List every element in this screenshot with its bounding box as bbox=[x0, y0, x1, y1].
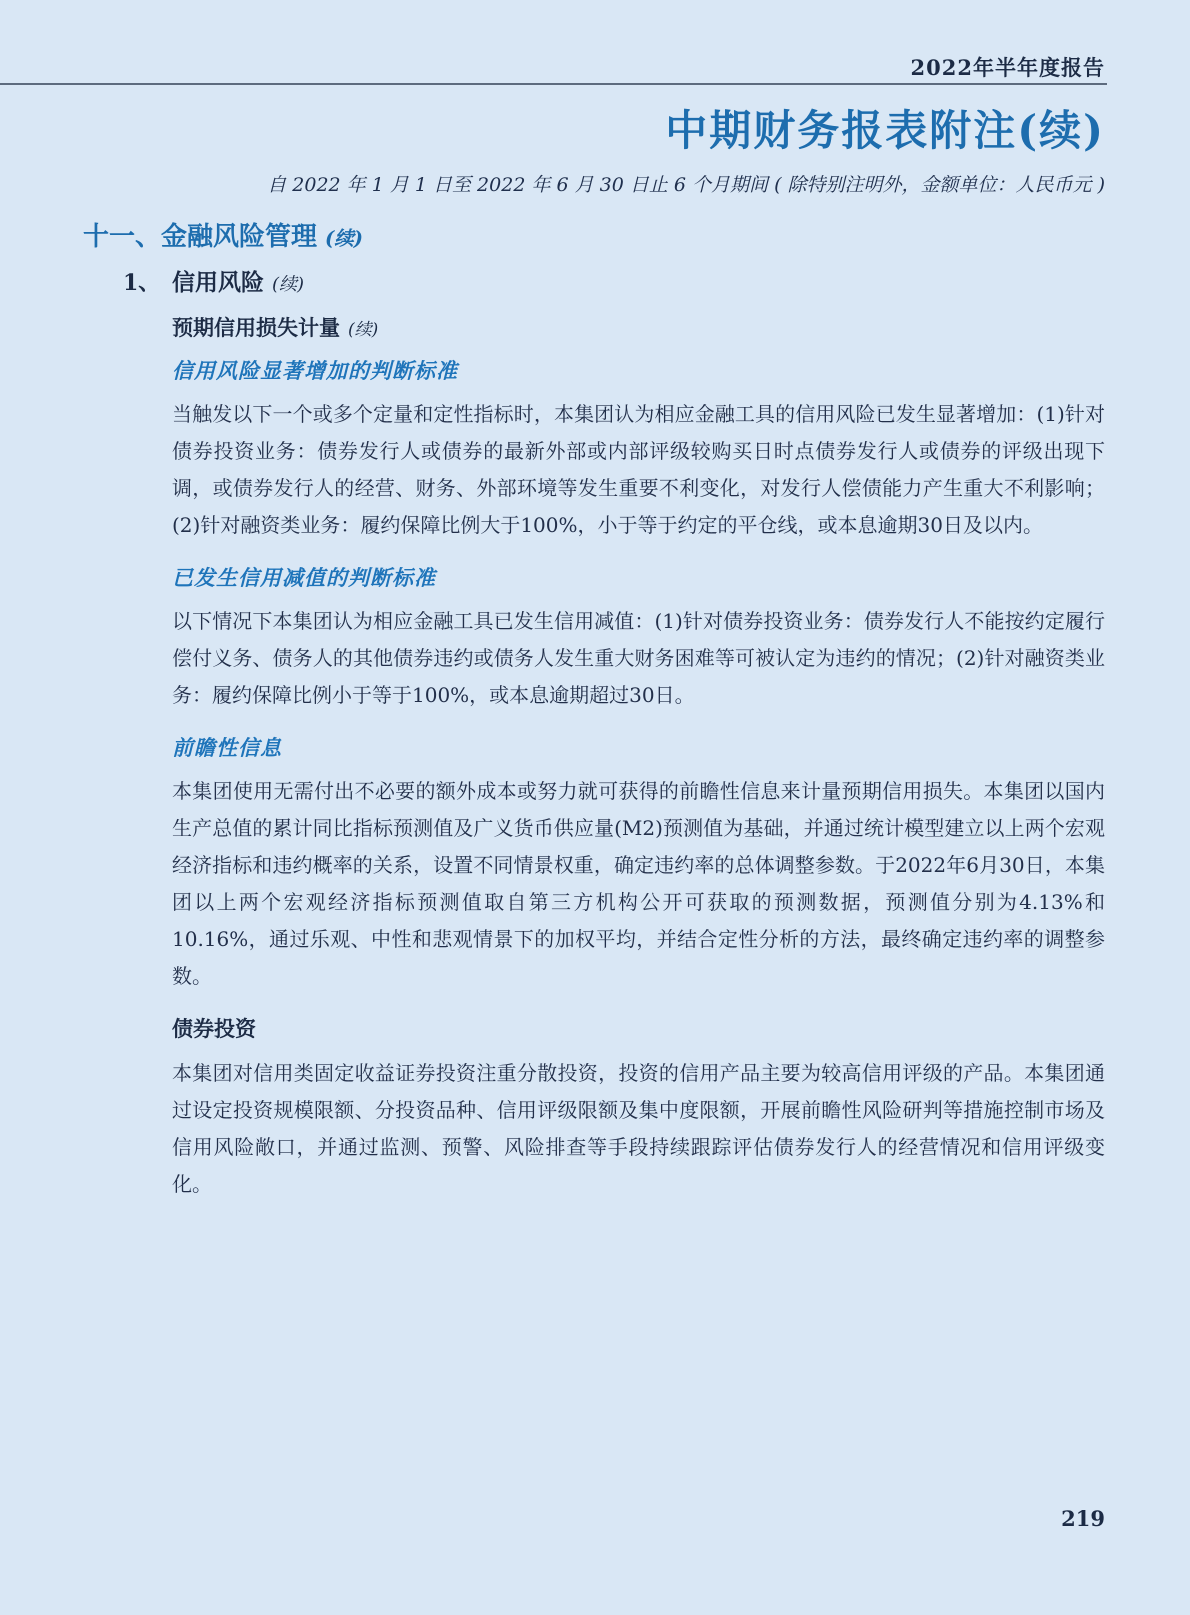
ecl-measurement-title: 预期信用损失计量 bbox=[172, 315, 340, 340]
topic-heading-forward-looking: 前瞻性信息 bbox=[172, 734, 1105, 762]
topic-heading-credit-impaired: 已发生信用减值的判断标准 bbox=[172, 564, 1105, 592]
section-heading-financial-risk: 十一、金融风险管理(续) bbox=[83, 220, 1105, 256]
subsection-number: 1、 bbox=[123, 266, 172, 297]
section-number: 十一、 bbox=[83, 222, 161, 252]
topic-heading-significant-increase: 信用风险显著增加的判断标准 bbox=[172, 357, 1105, 385]
subsection-title-text: 信用风险 bbox=[172, 269, 264, 296]
subsection-body: 预期信用损失计量(续) 信用风险显著增加的判断标准 当触发以下一个或多个定量和定… bbox=[172, 314, 1105, 1203]
report-header-title: 2022年半年度报告 bbox=[0, 52, 1105, 82]
page-number: 219 bbox=[0, 1506, 1105, 1531]
subsection-continued-mark: (续) bbox=[272, 274, 304, 295]
page-title: 中期财务报表附注(续) bbox=[0, 98, 1105, 158]
section-continued-mark: (续) bbox=[325, 227, 363, 250]
ecl-continued-mark: (续) bbox=[348, 320, 378, 340]
subsection-title: 信用风险(续) bbox=[172, 268, 304, 300]
heading-bond-investment: 债券投资 bbox=[172, 1015, 1105, 1043]
section-title: 金融风险管理 bbox=[161, 222, 317, 252]
subsection-credit-risk: 1、 信用风险(续) bbox=[123, 266, 1105, 300]
report-page: 2022年半年度报告 中期财务报表附注(续) 自 2022 年 1 月 1 日至… bbox=[0, 0, 1190, 1615]
page-content: 十一、金融风险管理(续) 1、 信用风险(续) 预期信用损失计量(续) 信用风险… bbox=[83, 220, 1105, 1223]
ecl-measurement-heading: 预期信用损失计量(续) bbox=[172, 314, 1105, 344]
paragraph-bond-investment: 本集团对信用类固定收益证券投资注重分散投资，投资的信用产品主要为较高信用评级的产… bbox=[172, 1055, 1105, 1203]
header-divider bbox=[0, 83, 1107, 85]
paragraph-forward-looking: 本集团使用无需付出不必要的额外成本或努力就可获得的前瞻性信息来计量预期信用损失。… bbox=[172, 773, 1105, 995]
paragraph-credit-impaired: 以下情况下本集团认为相应金融工具已发生信用减值：(1)针对债券投资业务：债券发行… bbox=[172, 603, 1105, 714]
page-subtitle: 自 2022 年 1 月 1 日至 2022 年 6 月 30 日止 6 个月期… bbox=[0, 170, 1105, 197]
paragraph-significant-increase: 当触发以下一个或多个定量和定性指标时，本集团认为相应金融工具的信用风险已发生显著… bbox=[172, 396, 1105, 544]
